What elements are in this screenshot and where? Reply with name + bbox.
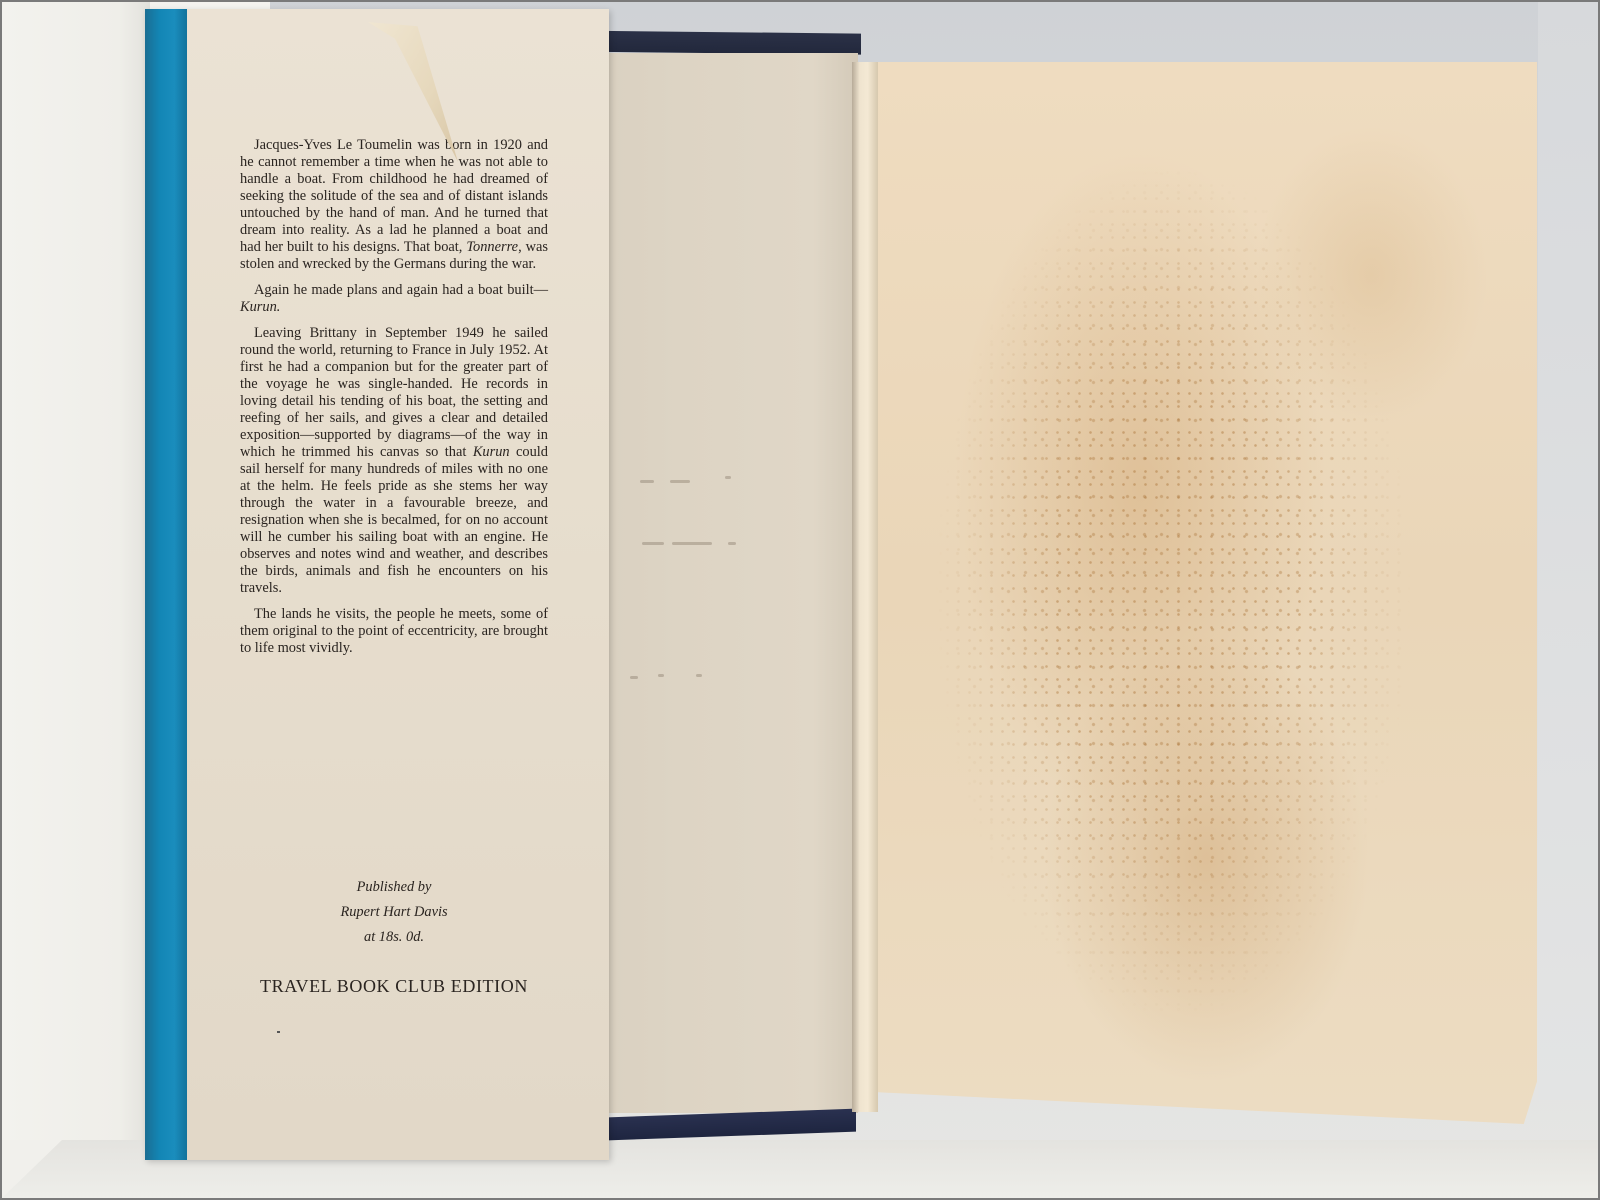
publisher-line-published-by: Published by (240, 875, 548, 900)
publisher-name: Rupert Hart Davis (240, 900, 548, 925)
book-hinge-gutter (852, 62, 878, 1112)
ink-speck (277, 1031, 280, 1033)
blurb-paragraph-2: Again he made plans and again had a boat… (240, 282, 548, 316)
boat-name-tonnerre: Tonnerre (466, 239, 518, 255)
cover-board-bottom-edge (608, 1109, 856, 1141)
jacket-blurb: Jacques-Yves Le Toumelin was born in 192… (240, 137, 548, 666)
endpaper-offset-marks (630, 450, 750, 690)
jacket-blue-spine-strip (145, 9, 187, 1160)
boat-name-kurun: Kurun (473, 444, 510, 460)
background-wall-right (1538, 0, 1600, 1100)
foxing-spots (876, 62, 1537, 1124)
publisher-block: Published by Rupert Hart Davis at 18s. 0… (240, 875, 548, 950)
blurb-paragraph-1: Jacques-Yves Le Toumelin was born in 192… (240, 137, 548, 273)
boat-name-kurun: Kurun. (240, 299, 280, 315)
floor-shadow (0, 1140, 62, 1200)
foxed-flyleaf-page (876, 62, 1537, 1124)
background-wall-left (0, 0, 150, 1200)
blurb-paragraph-3: Leaving Brittany in September 1949 he sa… (240, 325, 548, 597)
edition-label: TRAVEL BOOK CLUB EDITION (238, 976, 550, 997)
blurb-paragraph-4: The lands he visits, the people he meets… (240, 606, 548, 657)
price: at 18s. 0d. (240, 925, 548, 950)
